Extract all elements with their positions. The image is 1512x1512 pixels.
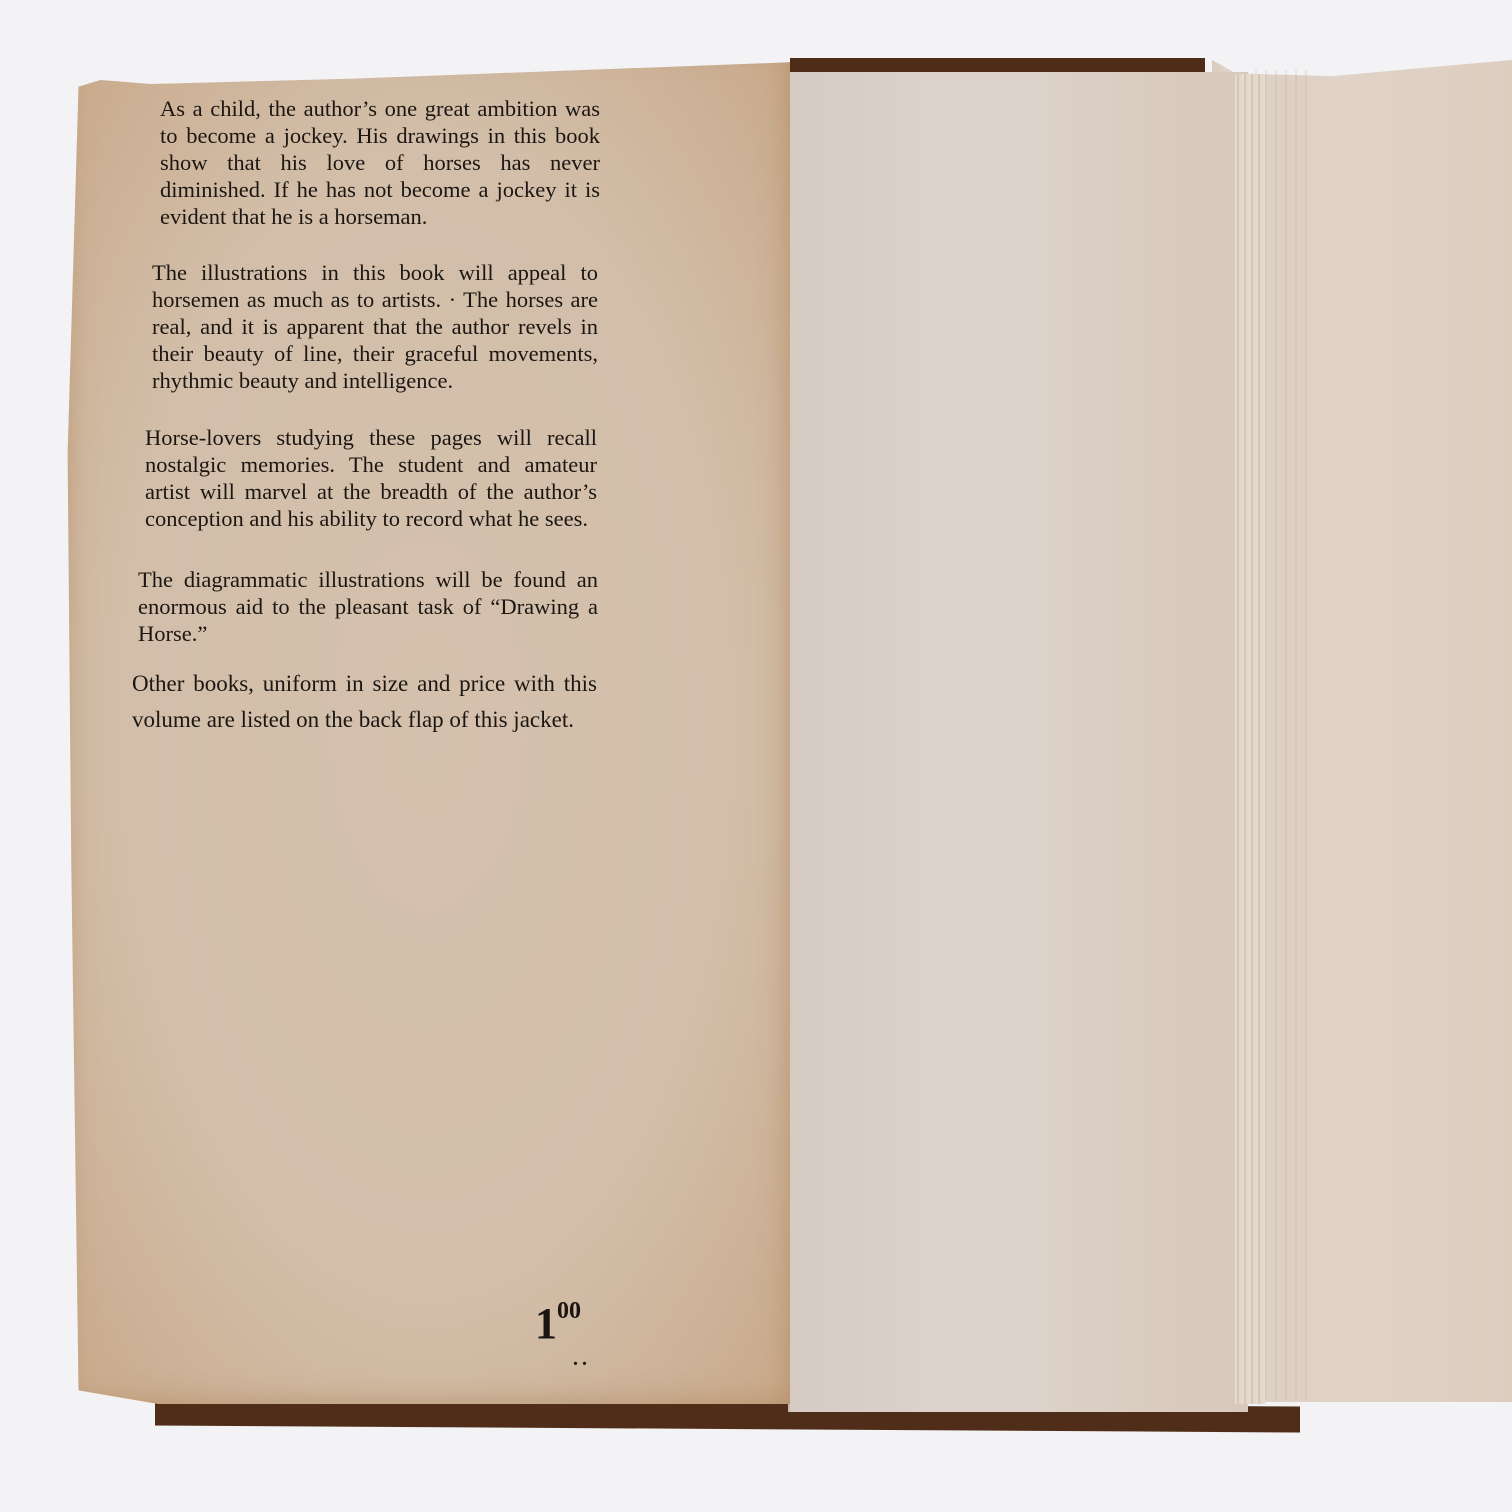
blurb-paragraph-4: The diagrammatic illustrations will be f… (138, 566, 598, 658)
endpaper-page (788, 72, 1248, 1412)
blurb-paragraph-3: Horse-lovers studying these pages will r… (145, 424, 597, 543)
paragraph-text: The illustrations in this book will appe… (152, 259, 598, 394)
paragraph-text: As a child, the author’s one great ambit… (160, 95, 600, 230)
page-block-edges (1235, 74, 1265, 1404)
price-fraction: 00 (557, 1298, 581, 1324)
blurb-paragraph-2: The illustrations in this book will appe… (152, 259, 598, 405)
paragraph-text: The diagrammatic illustrations will be f… (138, 566, 598, 647)
paragraph-text: Other books, uniform in size and price w… (132, 666, 597, 738)
price-marks: .. (573, 1348, 591, 1371)
other-books-note: Other books, uniform in size and price w… (132, 666, 597, 749)
paragraph-text: Horse-lovers studying these pages will r… (145, 424, 597, 532)
blurb-paragraph-1: As a child, the author’s one great ambit… (160, 95, 600, 241)
price-whole: 1 (535, 1299, 557, 1348)
price-label: 100 .. (535, 1298, 581, 1349)
